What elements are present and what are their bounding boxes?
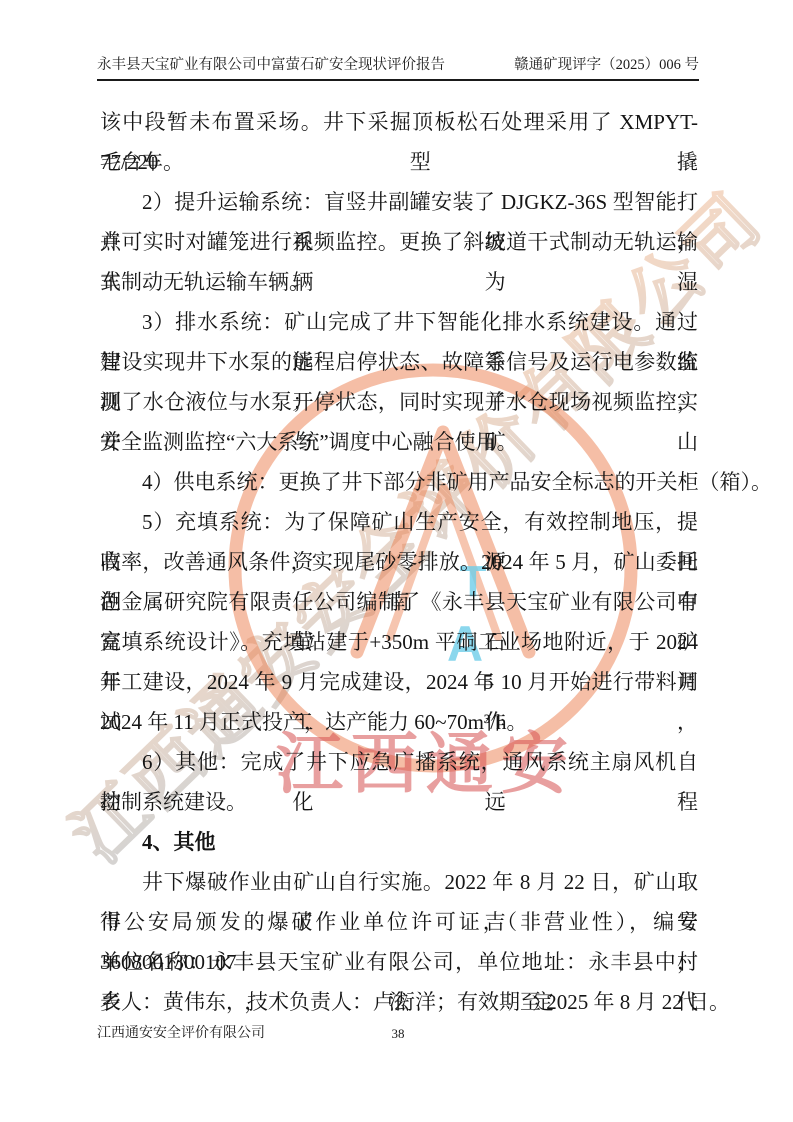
text-line: 6）其他：完成了井下应急广播系统，通风系统主扇风机自动化远程 bbox=[100, 742, 698, 782]
page-number: 38 bbox=[97, 1024, 699, 1044]
text-line: 收率，改善通风条件，实现尾砂零排放。2024 年 5 月，矿山委托湖南有 bbox=[100, 542, 698, 582]
text-line: 该中段暂未布置采场。井下采掘顶板松石处理采用了 XMPYT-77/220 型撬 bbox=[100, 102, 698, 142]
text-line: 建设实现井下水泵的远程启停状态、故障等信号及运行电参数监测；并实 bbox=[100, 342, 698, 382]
text-line: 单位名称：永丰县天宝矿业有限公司，单位地址：永丰县中村乡，法定代 bbox=[100, 942, 698, 982]
header-document-number: 赣通矿现评字（2025）006 号 bbox=[514, 55, 699, 75]
text-line: 市公安局颁发的爆破作业单位许可证，（非营业性），编号 3608001300107… bbox=[100, 902, 698, 942]
text-line: 井下爆破作业由矿山自行实施。2022 年 8 月 22 日，矿山取得了吉安 bbox=[100, 862, 698, 902]
section-heading: 4、其他 bbox=[100, 822, 698, 862]
text-line: 开工建设，2024 年 9 月完成建设，2024 年 10 月开始进行带料调试工… bbox=[100, 662, 698, 702]
text-line: 并可实时对罐笼进行视频监控。更换了斜坡道干式制动无轨运输车辆为湿 bbox=[100, 222, 698, 262]
text-line: 4）供电系统：更换了井下部分非矿用产品安全标志的开关柜（箱）。 bbox=[100, 462, 698, 502]
text-line: 色金属研究院有限责任公司编制了《永丰县天宝矿业有限公司中富萤石矿 bbox=[100, 582, 698, 622]
text-line: 充填系统设计》。充填站建于+350m 平硐工业场地附近，于 2024 年 5 月 bbox=[100, 622, 698, 662]
text-line: 现了水仓液位与水泵开停状态，同时实现了水仓现场视频监控，并与矿山 bbox=[100, 382, 698, 422]
text-line: 2）提升运输系统：盲竖井副罐安装了 DJGKZ-36S 型智能打点系统， bbox=[100, 182, 698, 222]
text-line: 表人：黄伟东，技术负责人：卢衍洋；有效期至 2025 年 8 月 22 日。 bbox=[100, 982, 698, 1022]
report-page: 江西通安安全评价有限公司 T A 江西通安 永丰县天宝矿业有限公司中富萤石矿安全… bbox=[0, 0, 793, 1122]
document-body: 该中段暂未布置采场。井下采掘顶板松石处理采用了 XMPYT-77/220 型撬毛… bbox=[100, 102, 698, 1022]
text-line: 3）排水系统：矿山完成了井下智能化排水系统建设。通过智能系统 bbox=[100, 302, 698, 342]
header-rule bbox=[97, 79, 699, 81]
header-report-title: 永丰县天宝矿业有限公司中富萤石矿安全现状评价报告 bbox=[97, 55, 445, 75]
page-footer: 江西通安安全评价有限公司 38 bbox=[97, 1024, 699, 1044]
page-header: 永丰县天宝矿业有限公司中富萤石矿安全现状评价报告 赣通矿现评字（2025）006… bbox=[97, 55, 699, 75]
text-line: 5）充填系统：为了保障矿山生产安全，有效控制地压，提高资源回 bbox=[100, 502, 698, 542]
